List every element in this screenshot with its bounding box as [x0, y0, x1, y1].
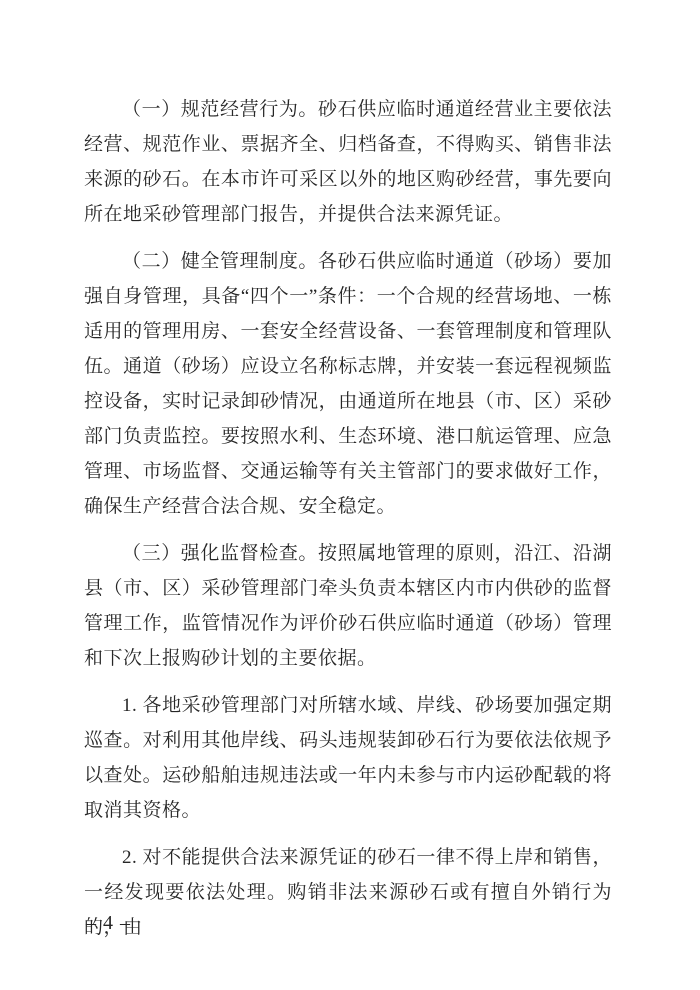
paragraph-section-2: （二）健全管理制度。各砂石供应临时通道（砂场）要加强自身管理，具备“四个一”条件… — [84, 244, 612, 524]
paragraph-section-3: （三）强化监督检查。按照属地管理的原则，沿江、沿湖县（市、区）采砂管理部门牵头负… — [84, 536, 612, 676]
page-footer: – 4 – — [86, 911, 131, 935]
paragraph-item-2: 2. 对不能提供合法来源凭证的砂石一律不得上岸和销售，一经发现要依法处理。购销非… — [84, 840, 612, 945]
paragraph-section-1: （一）规范经营行为。砂石供应临时通道经营业主要依法经营、规范作业、票据齐全、归档… — [84, 92, 612, 232]
document-page: { "document": { "type": "official-notice… — [0, 0, 700, 990]
paragraph-item-1: 1. 各地采砂管理部门对所辖水域、岸线、砂场要加强定期巡查。对利用其他岸线、码头… — [84, 688, 612, 828]
document-body: （一）规范经营行为。砂石供应临时通道经营业主要依法经营、规范作业、票据齐全、归档… — [84, 92, 612, 957]
page-number: – 4 – — [86, 912, 131, 934]
